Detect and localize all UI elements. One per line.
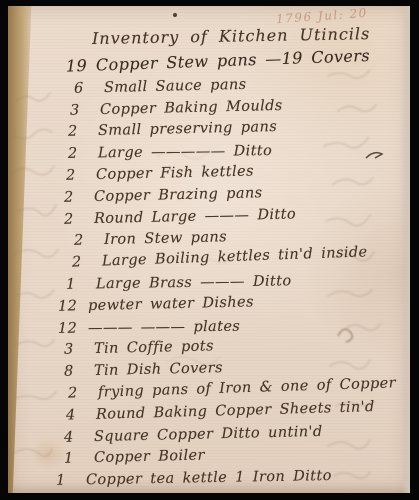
line-qty: 1 [66,276,88,292]
line-qty: 4 [66,407,88,424]
line-text: Large ————— Ditto [98,143,272,161]
line-qty: 12 [58,320,80,336]
line-text: ——— ——— plates [88,318,240,336]
paper-fold-edge [8,6,38,493]
line-qty: 2 [72,254,95,271]
line-text: Copper Boiler [94,448,205,467]
line-qty: 2 [68,124,90,140]
line-qty: 2 [66,167,88,183]
line-qty: 2 [74,232,96,248]
line-text: Iron Stew pans [104,230,227,249]
line-text: Round Baking Copper Sheets tin'd [96,399,375,423]
scan-background: 1796 Jul: 20 Inventory of Kitchen Utinci… [0,0,419,500]
line-qty: 1 [64,450,86,466]
line-text: Copper Brazing pans [94,185,263,205]
page-title: Inventory of Kitchen Utincils [92,25,322,48]
line-qty: 12 [58,298,80,314]
line-qty: 3 [64,341,86,357]
manuscript-page: 1796 Jul: 20 Inventory of Kitchen Utinci… [8,6,410,493]
line-text: Copper tea kettle 1 Iron Ditto [86,468,332,488]
line-qty: 2 [68,385,90,402]
archival-date-annotation: 1796 Jul: 20 [276,6,369,26]
line-text: Copper Stew pans —19 Covers [96,46,371,75]
line-text: Large Boiling kettles tin'd inside [102,244,368,269]
line-qty: 6 [74,80,96,96]
line-text: pewter water Dishes [88,294,254,314]
line-qty: 19 [66,56,89,76]
inventory-list: 19Copper Stew pans —19 Covers6Small Sauc… [52,56,406,491]
ink-dot [173,13,177,17]
line-text: Copper Fish kettles [96,163,254,183]
line-text: Tin Dish Covers [94,360,223,379]
line-qty: 2 [68,146,90,162]
line-qty: 2 [64,211,86,227]
line-qty: 2 [64,189,86,205]
line-qty: 3 [70,102,92,118]
line-text: Square Copper Ditto untin'd [94,423,323,444]
line-text: Small Sauce pans [104,77,247,96]
line-text: Small preserving pans [98,119,277,139]
line-text: Round Large ——— Ditto [94,206,296,227]
line-text: Large Brass ——— Ditto [96,273,292,292]
line-qty: 8 [64,363,86,379]
line-qty: 1 [56,472,78,488]
line-text: Copper Baking Moulds [100,97,283,117]
line-qty: 4 [64,429,86,445]
line-text: Tin Coffie pots [94,339,214,358]
